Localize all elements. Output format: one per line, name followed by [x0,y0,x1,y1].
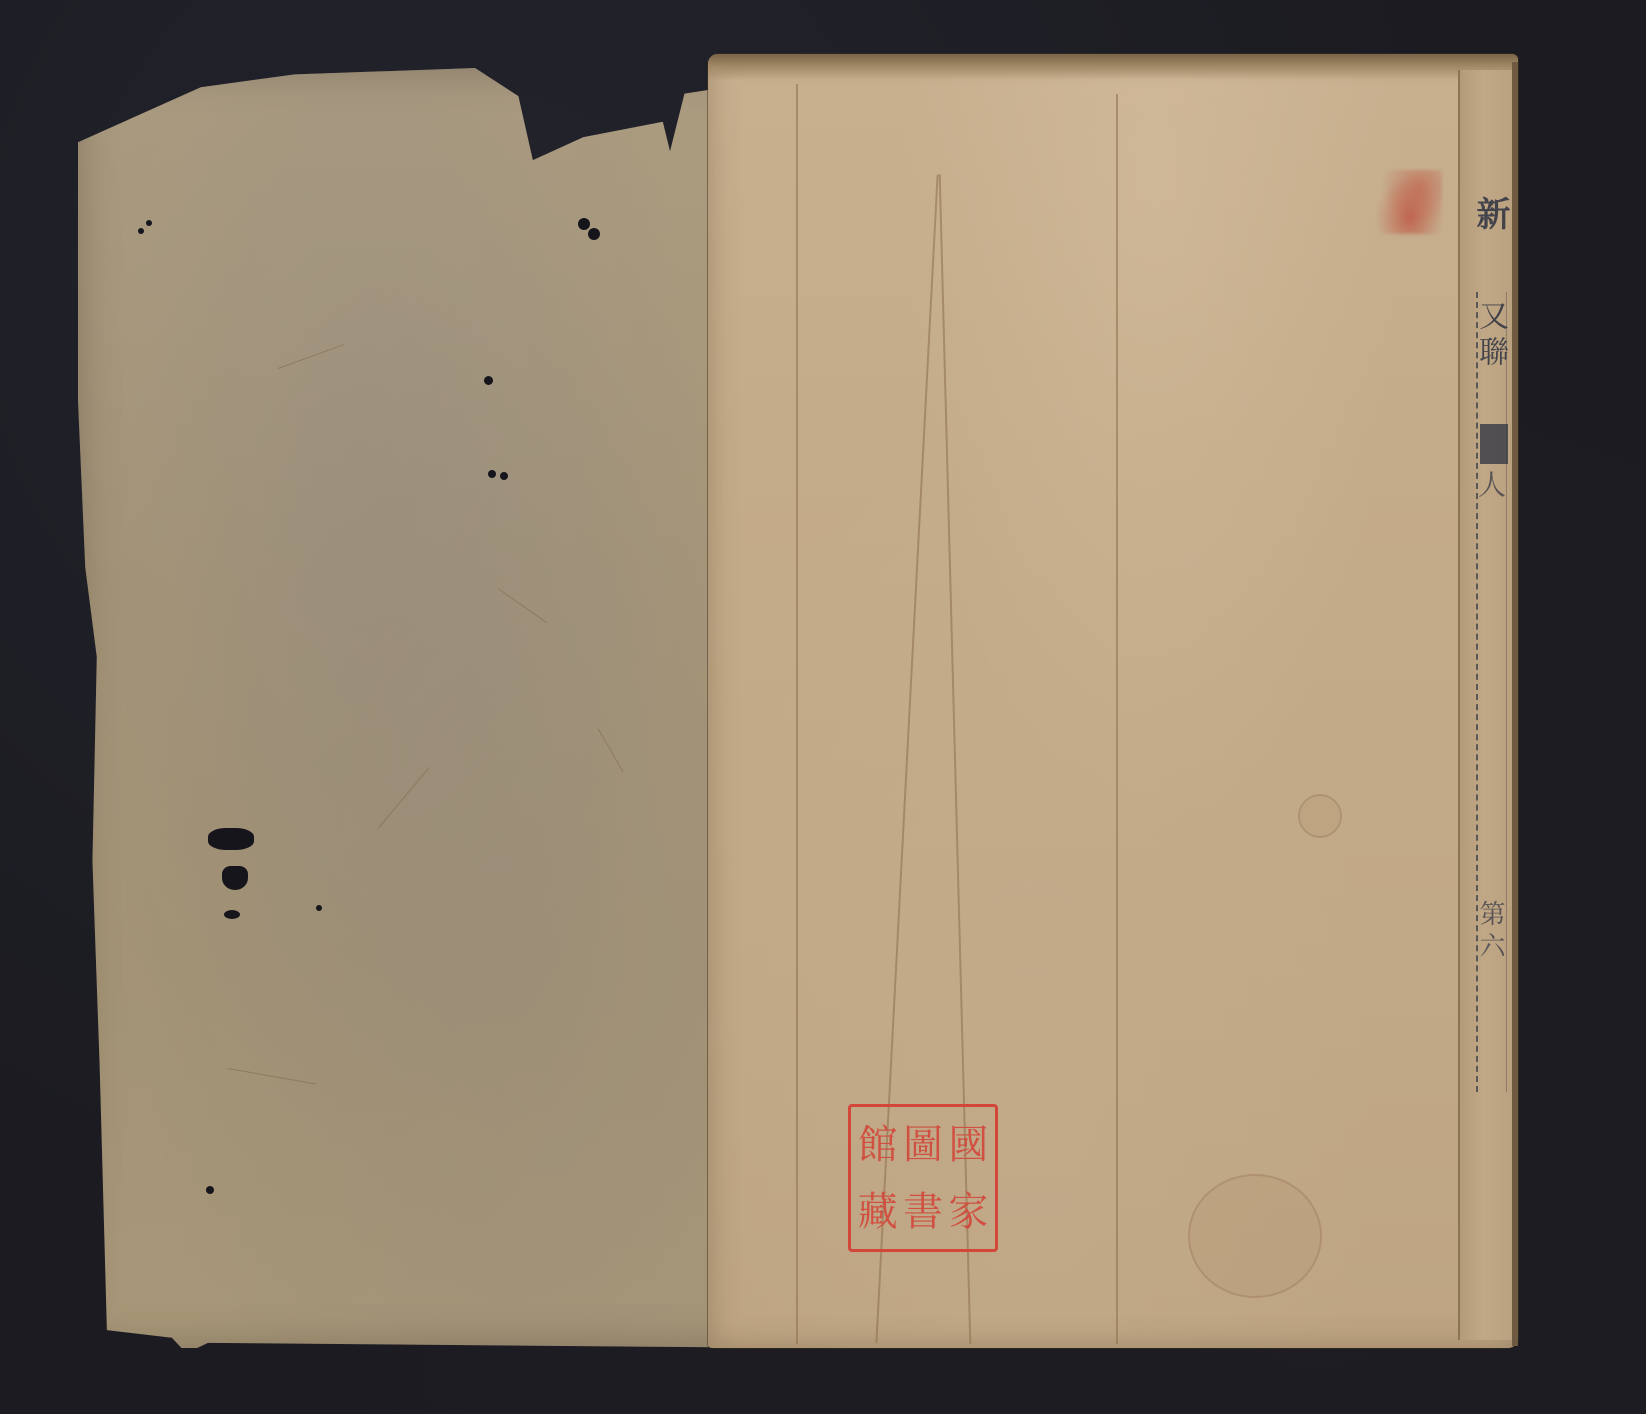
paper-fiber [378,767,430,829]
seal-char: 圖 [900,1111,945,1178]
seal-char: 國 [946,1111,991,1178]
worm-hole [588,228,600,240]
paper-fiber [278,344,344,369]
worm-hole [500,472,508,480]
book-edge [1512,62,1518,1346]
worm-hole [578,218,590,230]
left-loose-sheet [78,68,800,1348]
water-stain [1298,794,1342,838]
seal-char: 館 [855,1111,900,1178]
fold-crease [1116,94,1118,1344]
worm-hole [484,376,493,385]
title-label-frame [1476,292,1507,1092]
spine-title-line-2: 又聯 [1466,300,1510,372]
worm-hole [488,470,496,478]
worm-hole [222,866,248,890]
worm-hole [208,828,254,850]
seal-char: 書 [900,1178,945,1245]
worm-hole [316,905,322,911]
spine-title-line-3: 人 [1466,470,1510,504]
worm-hole [206,1186,214,1194]
seal-char: 藏 [855,1178,900,1245]
worm-hole [224,910,240,919]
paper-fiber [598,728,624,772]
fold-crease [796,84,798,1344]
ink-block [1480,424,1508,464]
paper-fiber [228,1068,317,1085]
worm-hole [138,228,144,234]
worn-top-edge [708,54,1518,80]
spine-volume-number: 第六 [1466,900,1510,964]
water-stain [1188,1174,1322,1298]
scan-stage: 新 又聯 人 第六 國 家 圖 書 館 藏 [0,0,1646,1414]
red-ink-smudge [1370,170,1442,234]
worm-hole [146,220,152,226]
book-cover [708,54,1518,1348]
paper-fiber [498,588,548,623]
spine-title-char: 新 [1466,196,1510,236]
seal-char: 家 [946,1178,991,1245]
library-seal: 國 家 圖 書 館 藏 [848,1104,998,1252]
